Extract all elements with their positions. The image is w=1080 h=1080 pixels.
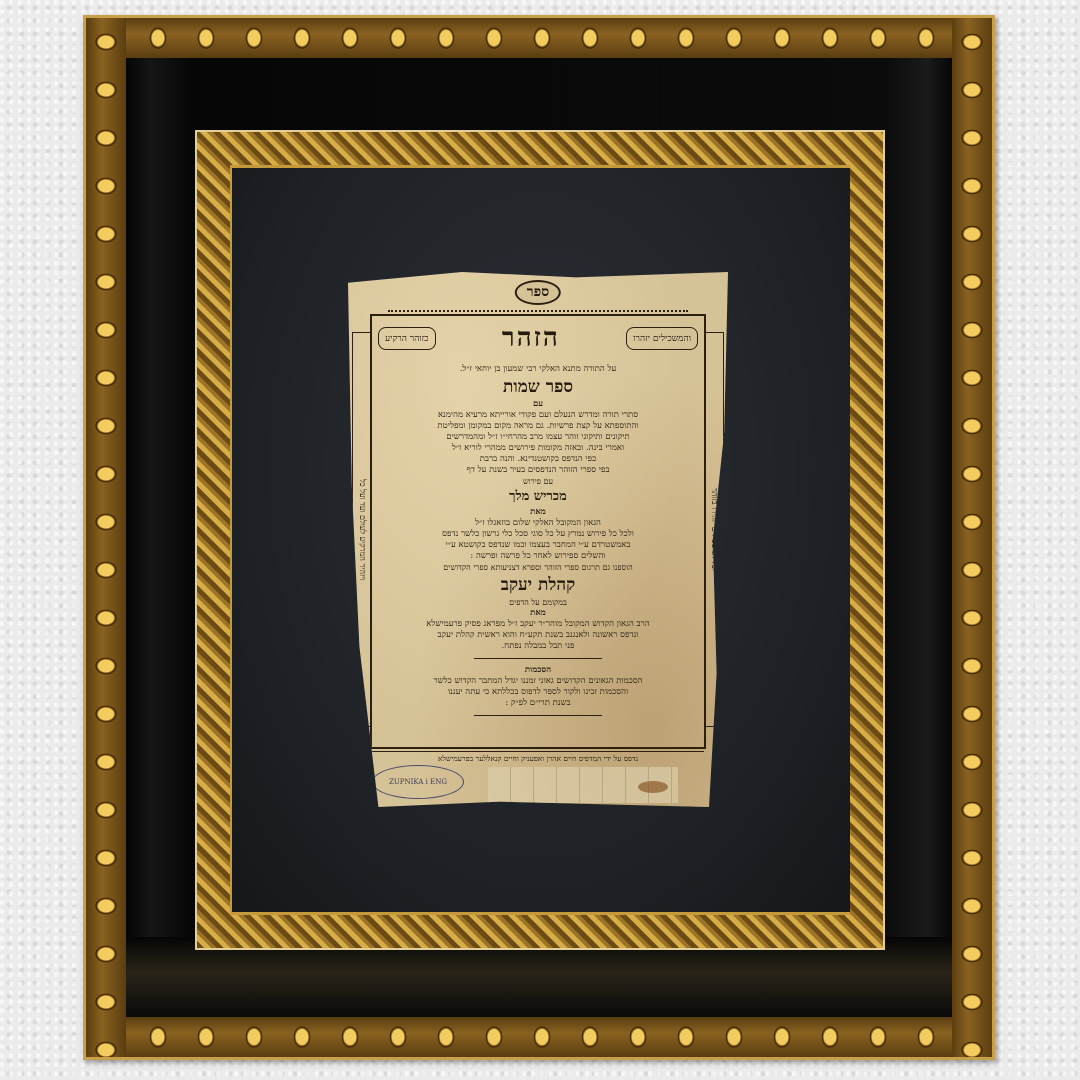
subtitle-line: על התורה מתנא האלקי רבי שמעון בן יוחאי ז… [378, 364, 698, 375]
printer-line: נדפס על ידי המדפיס חיים אהרן ואפעניק וחי… [372, 751, 704, 763]
second-line: פני תבל במבלה נפתח. [378, 641, 698, 652]
commentary-line: באמשטרדם ע״י המחבר בעצמו וכמו שנדפס בקוש… [378, 540, 698, 551]
frame-right-moulding [952, 18, 992, 1057]
intro-block: עם סתרי תורה ומדרש הנעלם ועם פקודי אוריי… [378, 399, 698, 476]
haskamot-word: הסכמות [525, 665, 551, 675]
divider-rule [474, 658, 602, 659]
second-line: ונדפס ראשונה ולאנגנב בשנת תקע״ח והוא ראש… [378, 630, 698, 641]
intro-line: כפי הנדפס בקושטנדינא. והנה ברבת [378, 454, 698, 465]
paper-stain [638, 781, 668, 793]
intro-line: ואמרי בינה. ובאזה מקומות פירושים ממהרי ל… [378, 443, 698, 454]
left-cartouche: כזוהר הרקיע [378, 327, 436, 350]
antique-title-page: ספר ויזהיר המרקיע לעולם ועד ועל כל וכל ה… [348, 272, 728, 807]
title-row: והמשכילים יזהרו הזהר כזוהר הרקיע [378, 322, 698, 354]
haskamot-line: והסכמות זכינו ולקור לספר לדפוס בכללתא כי… [378, 687, 698, 698]
divider-rule [474, 715, 602, 716]
frame-left-moulding [86, 18, 126, 1057]
title-page-body: על התורה מתנא האלקי רבי שמעון בן יוחאי ז… [378, 364, 698, 747]
intro-line: והתוספתא על קצת פרשיות. גם מראה מקום במק… [378, 421, 698, 432]
sefer-cartouche: ספר [515, 280, 561, 305]
second-block: מאת הרב הגאון הקדוש המקובל מוהר״ר יעקב ז… [378, 608, 698, 652]
meet-word: מאת [530, 507, 546, 517]
intro-line: בפי ספרי הזוהר הנדפסים בעיר בשנת על דף [378, 465, 698, 476]
commentary-label: עם פירוש [378, 476, 698, 487]
commentary-line: והשלים ספירוש לאחר כל פרשה ופרשה : [378, 551, 698, 562]
main-title: הזהר [502, 323, 560, 353]
frame-top-moulding [86, 18, 992, 58]
right-cartouche: והמשכילים יזהרו [626, 327, 698, 350]
year-line: בשנת תרי״ם לפ״ק : [378, 698, 698, 709]
second-meet-word: מאת [530, 608, 546, 618]
second-subtitle: במקומם על הדפים [378, 597, 698, 608]
second-line: הרב הגאון הקדוש המקובל מוהר״ר יעקב ז״ל מ… [378, 619, 698, 630]
haskamot-line: הסכמות הגאונים הקדושים גאוני זמננו יגדל … [378, 676, 698, 687]
intro-word: עם [533, 399, 543, 409]
second-title: קהלת יעקב [378, 573, 698, 597]
commentary-block: מאת הגאון המקובל האלקי שלום בוזאגלו ז״ל … [378, 507, 698, 562]
commentary-line: הגאון המקובל האלקי שלום בוזאגלו ז״ל [378, 518, 698, 529]
book-title: ספר שמות [378, 375, 698, 399]
commentary-title: מכריש מלך [378, 487, 698, 507]
library-stamp: ZUPNIKA i ENG [372, 765, 464, 799]
frame-bottom-moulding [86, 1017, 992, 1057]
commentary-line: ולכל כל פירוש נמרץ על כל סוגי סכל כלי גר… [378, 529, 698, 540]
haskamot-block: הסכמות הסכמות הגאונים הקדושים גאוני זמננ… [378, 665, 698, 698]
intro-line: תיקונים ותיקוני זוהר עצמו מרב מהרחי״ו ז״… [378, 432, 698, 443]
additions-line: הוספנו גם תרגום ספרי הזוהר וספרא דצניעות… [378, 562, 698, 573]
intro-line: סתרי תורה ומדרש הנעלם ועם פקודי אורייתא … [378, 410, 698, 421]
